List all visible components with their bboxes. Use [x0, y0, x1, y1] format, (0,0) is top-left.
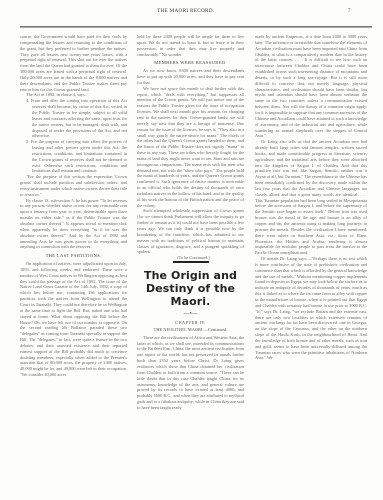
paragraph: On application of natives, were adjudica… — [20, 261, 127, 378]
subheading-last-partitions: THE LAST PARTITIONS. — [20, 253, 127, 259]
to-be-continued-note: (To be Continued.) — [137, 255, 244, 261]
act-clause-4: 4. From and after the coming into operat… — [20, 98, 127, 139]
chapter-subtitle: THE NEOLITHIC MAORI.—Continued. — [137, 327, 244, 333]
act-clause-5: 5. For the purpose of carrying into effe… — [20, 139, 127, 174]
publication-title: THE MAORI RECORD. — [157, 8, 214, 14]
paragraph: course, the Government would have paid f… — [20, 34, 127, 92]
page-number: 7 — [348, 8, 351, 14]
paragraph: "For the purpose of this section the exp… — [20, 174, 127, 197]
article-headline: The Origin and Destiny of the Maori. — [137, 269, 244, 308]
masthead: THE MAORI RECORD. 7 — [0, 8, 383, 18]
chapter-heading: CHAPTER IV. — [137, 320, 244, 326]
paragraph: Such attempted wholesale suppression of … — [137, 208, 244, 255]
paragraph: held by these 2400 people will be ample … — [137, 34, 244, 57]
section-divider — [173, 261, 209, 263]
subheading-members-reassured: MEMBERS WERE REASSURED. — [137, 60, 244, 66]
paragraph: made by ancient Emperors, at a date from… — [255, 34, 367, 139]
paragraph: By clause 13, sub-section 5, he has powe… — [20, 198, 127, 251]
paragraph: Of metals Dr. Laing says:—"Perhaps there… — [255, 256, 367, 361]
column-3: made by ancient Emperors, at a date from… — [255, 34, 367, 361]
paragraph: Dr Laing also tells us that the ancient … — [255, 139, 367, 256]
paragraph: We have not space this month to deal fur… — [137, 86, 244, 209]
column-2: held by these 2400 people will be ample … — [137, 34, 244, 411]
headline-line-1: The Origin and — [137, 269, 244, 282]
paragraph: As we now know, 8300 natives and their d… — [137, 68, 244, 86]
column-1: course, the Government would have paid f… — [20, 34, 127, 378]
paragraph: There are the civilisations of Africa an… — [137, 335, 244, 411]
ornament-divider-icon: —•— — [137, 311, 244, 317]
headline-line-2: Destiny of the Maori. — [137, 282, 244, 308]
header-rule — [20, 26, 372, 28]
